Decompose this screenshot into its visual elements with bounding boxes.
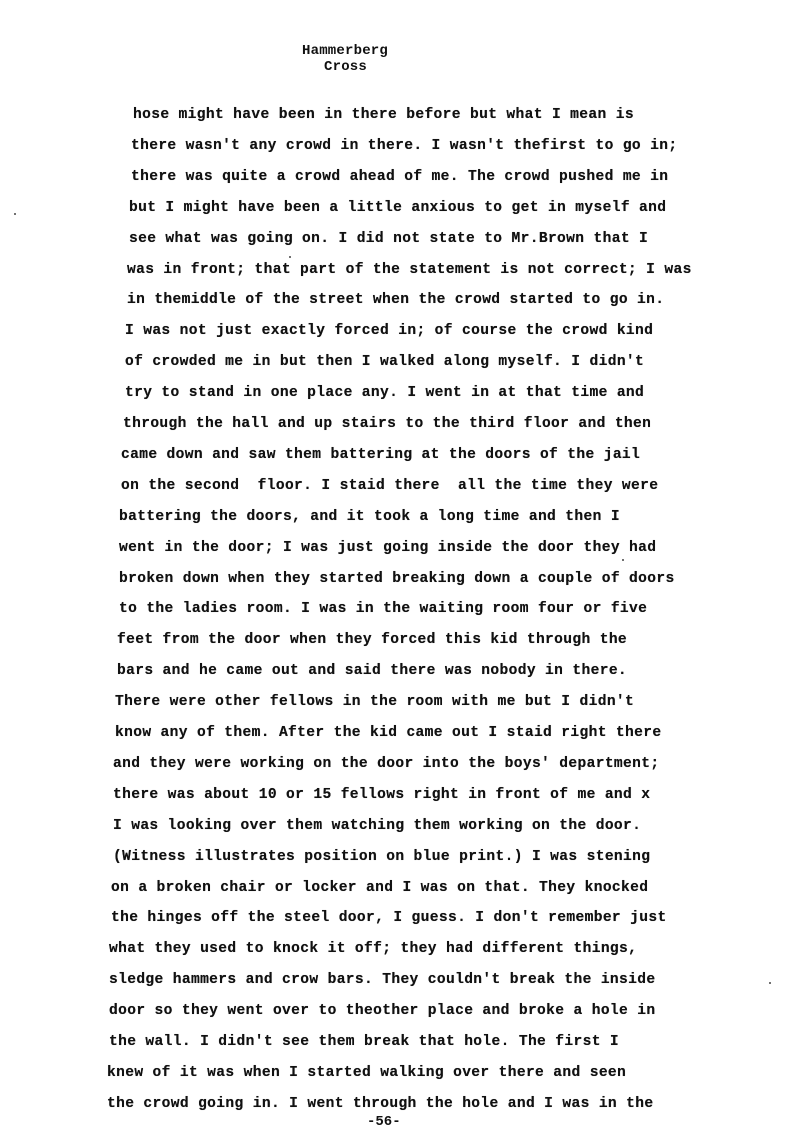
transcript-line: feet from the door when they forced this…: [117, 630, 627, 650]
transcript-line: sledge hammers and crow bars. They could…: [109, 970, 655, 990]
transcript-line: door so they went over to theother place…: [109, 1001, 655, 1021]
transcript-line: but I might have been a little anxious t…: [129, 198, 666, 218]
transcript-line: the wall. I didn't see them break that h…: [109, 1032, 619, 1052]
transcript-line: battering the doors, and it took a long …: [119, 507, 620, 527]
scan-speck: [622, 559, 624, 561]
scan-speck: [289, 256, 291, 258]
document-page: Hammerberg Cross hose might have been in…: [0, 0, 800, 1140]
transcript-line: on the second floor. I staid there all t…: [121, 476, 658, 496]
transcript-line: there was quite a crowd ahead of me. The…: [131, 167, 668, 187]
transcript-line: came down and saw them battering at the …: [121, 445, 640, 465]
transcript-line: there was about 10 or 15 fellows right i…: [113, 785, 650, 805]
transcript-line: went in the door; I was just going insid…: [119, 538, 656, 558]
transcript-line: know any of them. After the kid came out…: [115, 723, 661, 743]
transcript-line: was in front; that part of the statement…: [127, 260, 692, 280]
transcript-line: (Witness illustrates position on blue pr…: [113, 847, 650, 867]
transcript-line: what they used to knock it off; they had…: [109, 939, 637, 959]
transcript-line: try to stand in one place any. I went in…: [125, 383, 644, 403]
transcript-line: on a broken chair or locker and I was on…: [111, 878, 648, 898]
transcript-line: through the hall and up stairs to the th…: [123, 414, 651, 434]
transcript-line: to the ladies room. I was in the waiting…: [119, 599, 647, 619]
transcript-line: bars and he came out and said there was …: [117, 661, 627, 681]
witness-name: Hammerberg: [302, 44, 388, 59]
transcript-line: I was not just exactly forced in; of cou…: [125, 321, 653, 341]
transcript-line: there wasn't any crowd in there. I wasn'…: [131, 136, 677, 156]
scan-speck: [769, 982, 771, 984]
examination-type: Cross: [324, 60, 367, 75]
page-number: -56-: [367, 1114, 401, 1130]
transcript-line: of crowded me in but then I walked along…: [125, 352, 644, 372]
transcript-line: the hinges off the steel door, I guess. …: [111, 908, 667, 928]
transcript-line: the crowd going in. I went through the h…: [107, 1094, 653, 1114]
transcript-line: There were other fellows in the room wit…: [115, 692, 634, 712]
transcript-line: knew of it was when I started walking ov…: [107, 1063, 626, 1083]
transcript-line: broken down when they started breaking d…: [119, 569, 675, 589]
transcript-line: hose might have been in there before but…: [133, 105, 634, 125]
transcript-line: I was looking over them watching them wo…: [113, 816, 641, 836]
scan-speck: [14, 213, 16, 215]
transcript-line: in themiddle of the street when the crow…: [127, 290, 664, 310]
transcript-line: and they were working on the door into t…: [113, 754, 659, 774]
transcript-line: see what was going on. I did not state t…: [129, 229, 648, 249]
